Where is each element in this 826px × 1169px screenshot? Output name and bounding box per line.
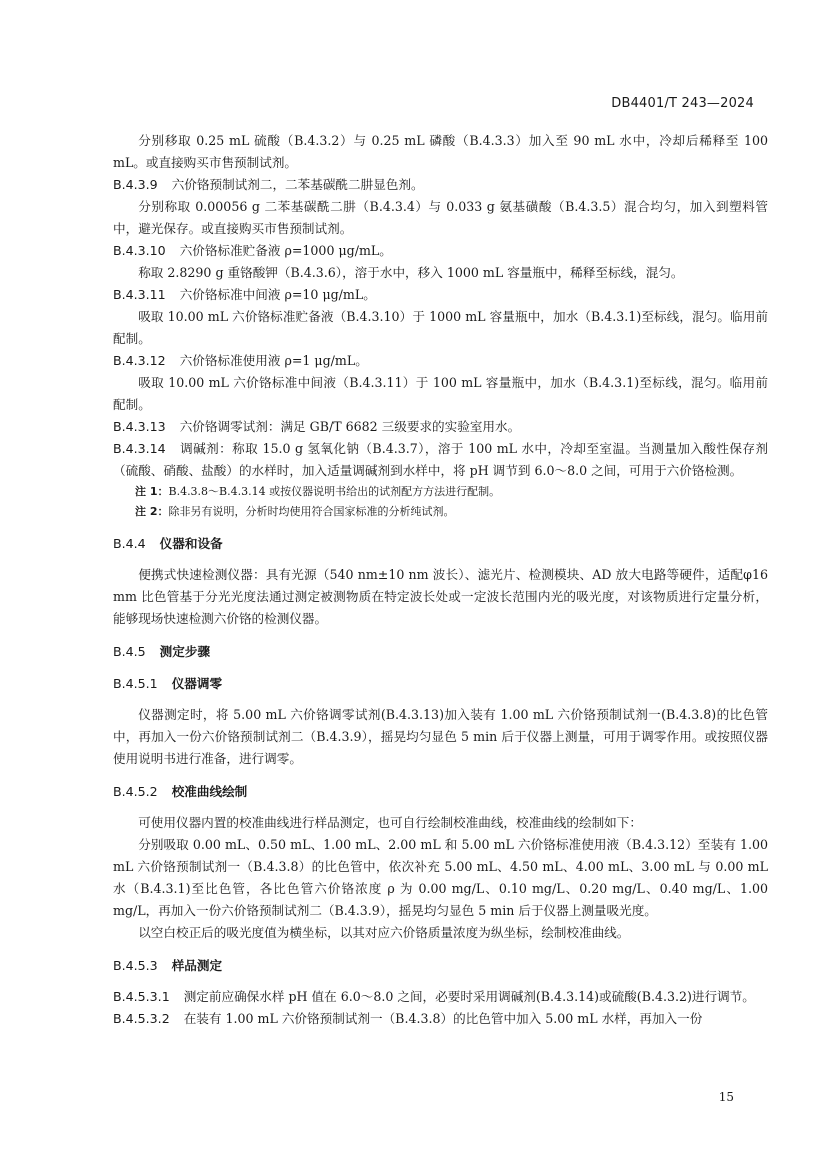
section-heading: B.4.5.1仪器调零	[113, 674, 768, 694]
clause: B.4.3.10六价铬标准贮备液 ρ=1000 μg/mL。	[113, 240, 768, 262]
clause-text: 调碱剂：称取 15.0 g 氢氧化钠（B.4.3.7），溶于 100 mL 水中…	[113, 441, 768, 478]
section-number: B.4.5.3	[113, 958, 158, 973]
clause: B.4.3.13六价铬调零试剂：满足 GB/T 6682 三级要求的实验室用水。	[113, 416, 768, 438]
section-title: 样品测定	[172, 958, 222, 973]
clause: B.4.3.9六价铬预制试剂二，二苯基碳酰二肼显色剂。	[113, 174, 768, 196]
section-heading: B.4.5测定步骤	[113, 642, 768, 662]
section-title: 测定步骤	[160, 644, 210, 659]
clause: B.4.5.3.1测定前应确保水样 pH 值在 6.0～8.0 之间，必要时采用…	[113, 986, 768, 1008]
clause-number: B.4.3.9	[113, 177, 158, 192]
clause-number: B.4.5.3.2	[113, 1011, 170, 1026]
paragraph: 以空白校正后的吸光度值为横坐标，以其对应六价铬质量浓度为纵坐标，绘制校准曲线。	[113, 922, 768, 944]
note: 注 2：除非另有说明，分析时均使用符合国家标准的分析纯试剂。	[113, 502, 768, 522]
paragraph: 吸取 10.00 mL 六价铬标准贮备液（B.4.3.10）于 1000 mL …	[113, 306, 768, 350]
section-number: B.4.5.1	[113, 676, 158, 691]
paragraph: 吸取 10.00 mL 六价铬标准中间液（B.4.3.11）于 100 mL 容…	[113, 372, 768, 416]
section-number: B.4.5	[113, 644, 146, 659]
clause-number: B.4.3.13	[113, 419, 166, 434]
note-label: 注 2：	[135, 505, 168, 518]
clause: B.4.3.12六价铬标准使用液 ρ=1 μg/mL。	[113, 350, 768, 372]
clause-text: 在装有 1.00 mL 六价铬预制试剂一（B.4.3.8）的比色管中加入 5.0…	[184, 1011, 703, 1026]
section-number: B.4.4	[113, 536, 146, 551]
note-text: 除非另有说明，分析时均使用符合国家标准的分析纯试剂。	[168, 505, 454, 518]
clause-text: 测定前应确保水样 pH 值在 6.0～8.0 之间，必要时采用调碱剂(B.4.3…	[184, 989, 755, 1004]
paragraph: 仪器测定时，将 5.00 mL 六价铬调零试剂(B.4.3.13)加入装有 1.…	[113, 704, 768, 770]
paragraph: 分别称取 0.00056 g 二苯基碳酰二肼（B.4.3.4）与 0.033 g…	[113, 196, 768, 240]
note-label: 注 1：	[135, 485, 168, 498]
clause-number: B.4.3.11	[113, 287, 166, 302]
paragraph: 称取 2.8290 g 重铬酸钾（B.4.3.6），溶于水中，移入 1000 m…	[113, 262, 768, 284]
section-heading: B.4.5.2校准曲线绘制	[113, 782, 768, 802]
clause-number: B.4.3.10	[113, 243, 166, 258]
paragraph: 分别吸取 0.00 mL、0.50 mL、1.00 mL、2.00 mL 和 5…	[113, 834, 768, 922]
clause-text: 六价铬标准使用液 ρ=1 μg/mL。	[180, 353, 368, 368]
section-heading: B.4.4仪器和设备	[113, 534, 768, 554]
clause-text: 六价铬预制试剂二，二苯基碳酰二肼显色剂。	[172, 177, 424, 192]
clause: B.4.3.14调碱剂：称取 15.0 g 氢氧化钠（B.4.3.7），溶于 1…	[113, 438, 768, 482]
clause: B.4.5.3.2在装有 1.00 mL 六价铬预制试剂一（B.4.3.8）的比…	[113, 1008, 768, 1030]
note-text: B.4.3.8～B.4.3.14 或按仪器说明书给出的试剂配方方法进行配制。	[168, 485, 500, 498]
clause-text: 六价铬标准贮备液 ρ=1000 μg/mL。	[180, 243, 392, 258]
clause-number: B.4.5.3.1	[113, 989, 170, 1004]
section-title: 仪器和设备	[160, 536, 223, 551]
document-id-header: DB4401/T 243—2024	[611, 96, 754, 111]
section-heading: B.4.5.3样品测定	[113, 956, 768, 976]
page-number: 15	[719, 1090, 734, 1104]
note: 注 1：B.4.3.8～B.4.3.14 或按仪器说明书给出的试剂配方方法进行配…	[113, 482, 768, 502]
document-body: 分别移取 0.25 mL 硫酸（B.4.3.2）与 0.25 mL 磷酸（B.4…	[113, 130, 768, 1030]
clause-number: B.4.3.14	[113, 441, 166, 456]
section-title: 仪器调零	[172, 676, 222, 691]
clause-text: 六价铬标准中间液 ρ=10 μg/mL。	[180, 287, 376, 302]
section-title: 校准曲线绘制	[172, 784, 248, 799]
clause: B.4.3.11六价铬标准中间液 ρ=10 μg/mL。	[113, 284, 768, 306]
section-number: B.4.5.2	[113, 784, 158, 799]
paragraph: 可使用仪器内置的校准曲线进行样品测定，也可自行绘制校准曲线，校准曲线的绘制如下：	[113, 812, 768, 834]
clause-number: B.4.3.12	[113, 353, 166, 368]
clause-text: 六价铬调零试剂：满足 GB/T 6682 三级要求的实验室用水。	[180, 419, 521, 434]
paragraph: 分别移取 0.25 mL 硫酸（B.4.3.2）与 0.25 mL 磷酸（B.4…	[113, 130, 768, 174]
paragraph: 便携式快速检测仪器：具有光源（540 nm±10 nm 波长）、滤光片、检测模块…	[113, 564, 768, 630]
